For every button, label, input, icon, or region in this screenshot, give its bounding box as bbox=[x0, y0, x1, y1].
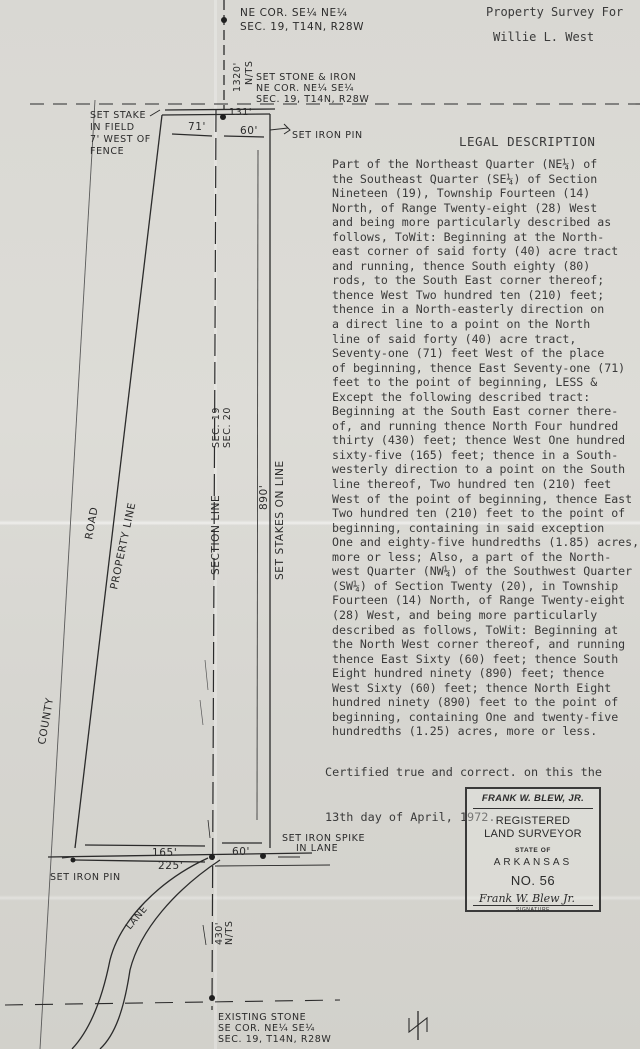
legal-description-line: west Quarter (NW¼) of the Southwest Quar… bbox=[332, 564, 640, 579]
svg-text:N/TS: N/TS bbox=[244, 60, 255, 85]
seal-state-of: STATE OF bbox=[467, 847, 599, 854]
legal-description-line: Except the following described tract: bbox=[332, 390, 640, 405]
legal-description-line: Part of the Northeast Quarter (NE¼) of bbox=[332, 157, 640, 172]
legal-description-line: a direct line to a point on the North bbox=[332, 317, 640, 332]
legal-description-line: West of the point of beginning, thence E… bbox=[332, 492, 640, 507]
legal-description-line: hundred ninety (890) feet to the point o… bbox=[332, 695, 640, 710]
sec-19-label: SEC. 19 bbox=[211, 407, 222, 448]
legal-description-line: the North West corner thereof, and runni… bbox=[332, 637, 640, 652]
dist-71-label: 71' bbox=[188, 121, 206, 133]
sec-20-label: SEC. 20 bbox=[222, 407, 233, 448]
svg-text:SE COR. NE¼ SE¼: SE COR. NE¼ SE¼ bbox=[218, 1023, 315, 1034]
legal-description-line: of, and running thence North Four hundre… bbox=[332, 419, 640, 434]
ne-corner-label: NE COR. SE¼ NE¼ bbox=[240, 7, 348, 19]
svg-text:NE COR. NE¼ SE¼: NE COR. NE¼ SE¼ bbox=[256, 83, 354, 94]
legal-description-line: beginning, containing One and twenty-fiv… bbox=[332, 710, 640, 725]
legal-description-line: follows, ToWit: Beginning at the North- bbox=[332, 230, 640, 245]
svg-text:7' WEST OF: 7' WEST OF bbox=[90, 134, 151, 145]
legal-description-line: Two hundred ten (210) feet to the point … bbox=[332, 506, 640, 521]
svg-text:IN LANE: IN LANE bbox=[296, 843, 338, 854]
legal-description-line: Nineteen (19), Township Fourteen (14) bbox=[332, 186, 640, 201]
dist-890-label: 890' bbox=[258, 485, 270, 510]
certification-line: Certified true and correct. on this the bbox=[325, 765, 602, 780]
road-label: ROAD bbox=[83, 506, 101, 541]
signature: Frank W. Blew Jr. bbox=[473, 892, 593, 906]
legal-description-line: (28) West, and being more particularly bbox=[332, 608, 640, 623]
legal-description-line: West Sixty (60) feet; thence North Eight bbox=[332, 681, 640, 696]
surveyor-seal: FRANK W. BLEW, JR. REGISTERED LAND SURVE… bbox=[465, 787, 601, 912]
legal-description-line: sixty-five (165) feet; thence in a South… bbox=[332, 448, 640, 463]
surveyor-name: FRANK W. BLEW, JR. bbox=[467, 793, 599, 804]
legal-description-line: westerly direction to a point on the Sou… bbox=[332, 462, 640, 477]
dist-225-label: 225' bbox=[158, 860, 183, 872]
set-stakes-label: SET STAKES ON LINE bbox=[274, 460, 286, 580]
existing-stone-label: EXISTING STONE bbox=[218, 1012, 306, 1023]
svg-text:SEC. 19, T14N, R28W: SEC. 19, T14N, R28W bbox=[218, 1034, 331, 1045]
svg-text:SEC. 19, T14N, R28W: SEC. 19, T14N, R28W bbox=[256, 94, 369, 105]
set-stone-label: SET STONE & IRON bbox=[256, 72, 356, 83]
legal-description-body: Part of the Northeast Quarter (NE¼) ofth… bbox=[332, 157, 640, 739]
set-iron-pin-bottom-label: SET IRON PIN bbox=[50, 872, 121, 883]
dist-60-bottom-label: 60' bbox=[232, 846, 250, 858]
legal-description-line: of beginning, thence East Seventy-one (7… bbox=[332, 361, 640, 376]
legal-description-line: more or less; Also, a part of the North- bbox=[332, 550, 640, 565]
legal-description-line: and running, thence South eighty (80) bbox=[332, 259, 640, 274]
property-line-label: PROPERTY LINE bbox=[108, 501, 138, 590]
dist-60-top-label: 60' bbox=[240, 125, 258, 137]
svg-text:N/TS: N/TS bbox=[224, 920, 235, 945]
seal-number: NO. 56 bbox=[467, 873, 599, 888]
legal-description-line: line of said forty (40) acre tract, bbox=[332, 332, 640, 347]
survey-client-name: Willie L. West bbox=[493, 30, 594, 44]
legal-description-line: One and eighty-five hundredths (1.85) ac… bbox=[332, 535, 640, 550]
legal-description-line: thirty (430) feet; thence West One hundr… bbox=[332, 433, 640, 448]
legal-description-line: east corner of said forty (40) acre trac… bbox=[332, 244, 640, 259]
seal-title-line: REGISTERED bbox=[467, 815, 599, 828]
svg-text:SEC. 19, T14N, R28W: SEC. 19, T14N, R28W bbox=[240, 21, 364, 33]
legal-description-line: beginning, containing in said exception bbox=[332, 521, 640, 536]
county-label: COUNTY bbox=[36, 697, 56, 746]
legal-description-line: rods, to the South East corner thereof; bbox=[332, 273, 640, 288]
legal-description-line: line thereof, Two hundred ten (210) feet bbox=[332, 477, 640, 492]
set-iron-pin-top-label: SET IRON PIN bbox=[292, 130, 363, 141]
svg-text:FENCE: FENCE bbox=[90, 146, 124, 157]
legal-description-line: Eight hundred ninety (890) feet; thence bbox=[332, 666, 640, 681]
seal-title-line: LAND SURVEYOR bbox=[467, 828, 599, 841]
legal-description-line: Fourteen (14) North, of Range Twenty-eig… bbox=[332, 593, 640, 608]
lane-label: LANE bbox=[124, 904, 150, 932]
seal-state: ARKANSAS bbox=[467, 857, 599, 868]
signature-label: SIGNATURE bbox=[467, 907, 599, 913]
legal-description-line: and being more particularly described as bbox=[332, 215, 640, 230]
set-stake-label: SET STAKE bbox=[90, 110, 146, 121]
dist-165-label: 165' bbox=[152, 847, 177, 859]
legal-description-line: thence East Sixty (60) feet; thence Sout… bbox=[332, 652, 640, 667]
divider bbox=[473, 808, 593, 809]
legal-description-line: thence in a North-easterly direction on bbox=[332, 302, 640, 317]
legal-description-line: the Southeast Quarter (SE¼) of Section bbox=[332, 172, 640, 187]
legal-description-line: feet to the point of beginning, LESS & bbox=[332, 375, 640, 390]
legal-description-heading: LEGAL DESCRIPTION bbox=[459, 134, 595, 149]
legal-description-line: (SW¼) of Section Twenty (20), in Townshi… bbox=[332, 579, 640, 594]
dist-1320-label: 1320' bbox=[232, 62, 243, 92]
legal-description-line: thence West Two hundred ten (210) feet; bbox=[332, 288, 640, 303]
survey-title: Property Survey For bbox=[486, 5, 623, 19]
legal-description-line: described as follows, ToWit: Beginning a… bbox=[332, 623, 640, 638]
dist-131-label: 131' bbox=[229, 107, 252, 118]
legal-description-line: North, of Range Twenty-eight (28) West bbox=[332, 201, 640, 216]
section-line-label: SECTION LINE bbox=[210, 495, 222, 575]
legal-description-line: Beginning at the South East corner there… bbox=[332, 404, 640, 419]
legal-description-line: Seventy-one (71) feet West of the place bbox=[332, 346, 640, 361]
svg-text:IN FIELD: IN FIELD bbox=[90, 122, 135, 133]
